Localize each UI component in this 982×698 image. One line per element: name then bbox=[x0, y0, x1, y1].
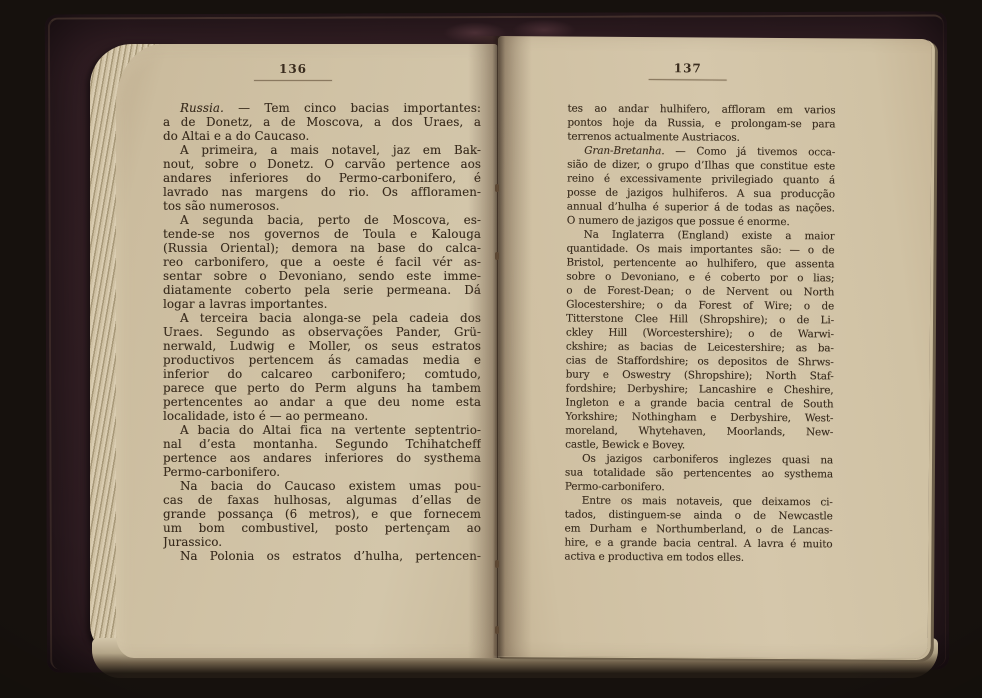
text-line: Russia. — Tem cinco bacias importantes: bbox=[163, 101, 481, 115]
text-line: localidade, isto é — ao permeano. bbox=[163, 409, 481, 423]
text-line: pertencentes ao andar a que deu nome est… bbox=[163, 395, 481, 409]
text-line: inferior do calcareo carbonifero; comtud… bbox=[163, 367, 481, 381]
text-line: sentar sobre o Devoniano, sendo este imm… bbox=[163, 269, 481, 283]
text-line: nout, sobre o Donetz. O carvão pertence … bbox=[163, 157, 481, 171]
text-line: tos são numerosos. bbox=[163, 199, 481, 213]
text-line: cas de faxas hulhosas, algumas d’ellas d… bbox=[163, 493, 481, 507]
page-right: 137 tes ao andar hulhifero, affloram em … bbox=[494, 36, 932, 659]
text-line: Permo-carbonifero. bbox=[163, 465, 481, 479]
page-number-rule-left bbox=[254, 80, 332, 81]
text-line: A segunda bacia, perto de Moscova, es- bbox=[163, 213, 481, 227]
text-line: reo carbonifero, que a oeste é facil vér… bbox=[163, 255, 481, 269]
text-line: pertence aos andares inferiores do systh… bbox=[163, 451, 481, 465]
page-header-left: 136 bbox=[253, 62, 333, 81]
text-line: diatamente coberto pela serie permeana. … bbox=[163, 283, 481, 297]
text-line: lavrado nas margens do rio. Os afflorame… bbox=[163, 185, 481, 199]
text-line: A bacia do Altai fica na vertente septen… bbox=[163, 423, 481, 437]
text-line: andares inferiores do Permo-carbonifero,… bbox=[163, 171, 481, 185]
text-line: Uraes. Segundo as observações Pander, Gr… bbox=[163, 325, 481, 339]
text-line: nal d’esta montanha. Segundo Tchihatchef… bbox=[163, 437, 481, 451]
page-text-right: tes ao andar hulhifero, affloram em vari… bbox=[564, 101, 835, 573]
text-line: activa e productiva em todos elles. bbox=[564, 549, 832, 565]
page-header-right: 137 bbox=[648, 61, 728, 81]
text-line: A primeira, a mais notavel, jaz em Bak- bbox=[163, 143, 481, 157]
text-line: tende-se nos governos de Toula e Kalouga bbox=[163, 227, 481, 241]
text-line: a de Donetz, a de Moscova, a dos Uraes, … bbox=[163, 115, 481, 129]
text-line: Na bacia do Caucaso existem umas pou- bbox=[163, 479, 481, 493]
text-line: (Russia Oriental); demora na base do cal… bbox=[163, 241, 481, 255]
text-line: Jurassico. bbox=[163, 535, 481, 549]
text-line: logar a lavras importantes. bbox=[163, 297, 481, 311]
text-line: grande possança (6 metros), e que fornec… bbox=[163, 507, 481, 521]
page-number-rule-right bbox=[649, 79, 727, 81]
book-photo: 136 Russia. — Tem cinco bacias important… bbox=[0, 0, 982, 698]
text-line: do Altai e a do Caucaso. bbox=[163, 129, 481, 143]
page-text-left: Russia. — Tem cinco bacias importantes:a… bbox=[163, 101, 481, 571]
text-line: productivos pertencem ás camadas media e bbox=[163, 353, 481, 367]
page-number-left: 136 bbox=[253, 62, 333, 76]
page-left: 136 Russia. — Tem cinco bacias important… bbox=[116, 44, 498, 658]
page-number-right: 137 bbox=[648, 61, 728, 76]
text-line: um bom combustivel, posto pertençam ao bbox=[163, 521, 481, 535]
text-line: nerwald, Ludwig e Moller, os seus estrat… bbox=[163, 339, 481, 353]
text-line: Na Polonia os estratos d’hulha, pertence… bbox=[163, 549, 481, 563]
text-line: A terceira bacia alonga-se pela cadeia d… bbox=[163, 311, 481, 325]
text-line: parece que perto do Perm alguns ha tambe… bbox=[163, 381, 481, 395]
